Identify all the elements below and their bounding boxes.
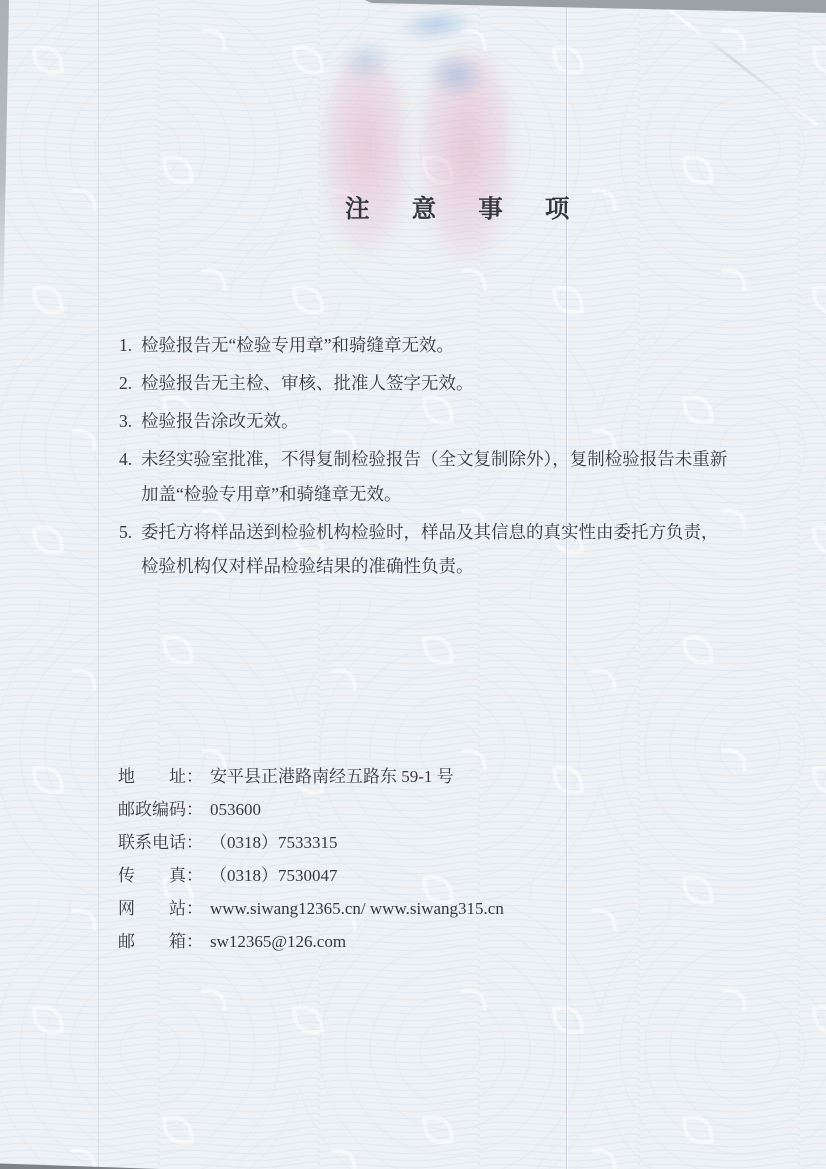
notice-item-number: 2. <box>119 366 141 401</box>
notice-item-number: 4. <box>119 442 141 511</box>
notice-item-1: 1. 检验报告无“检验专用章”和骑缝章无效。 <box>119 328 739 363</box>
contact-value: www.siwang12365.cn/ www.siwang315.cn <box>210 899 504 918</box>
contact-value: （0318）7530047 <box>210 866 338 885</box>
notice-item-number: 3. <box>119 404 141 439</box>
contact-row-website: 网 站：www.siwang12365.cn/ www.siwang315.cn <box>118 892 504 925</box>
contact-value: sw12365@126.com <box>210 932 346 951</box>
notice-item-text: 检验报告无主检、审核、批准人签字无效。 <box>141 366 739 401</box>
contact-row-address: 地 址：安平县正港路南经五路东 59-1 号 <box>118 760 504 793</box>
contact-value: （0318）7533315 <box>210 833 338 852</box>
contact-label: 邮 箱： <box>118 925 203 958</box>
notice-item-text: 委托方将样品送到检验机构检验时，样品及其信息的真实性由委托方负责，检验机构仅对样… <box>141 515 731 584</box>
contact-label: 联系电话： <box>118 826 203 859</box>
contact-label: 邮政编码： <box>118 793 203 826</box>
contact-value: 053600 <box>210 800 261 819</box>
contact-row-phone: 联系电话：（0318）7533315 <box>118 826 504 859</box>
contact-value: 安平县正港路南经五路东 59-1 号 <box>210 767 454 786</box>
fold-crease-line-left <box>98 0 99 1169</box>
paper-sheet: 注 意 事 项 1. 检验报告无“检验专用章”和骑缝章无效。 2. 检验报告无主… <box>0 0 826 1169</box>
contact-row-fax: 传 真：（0318）7530047 <box>118 859 504 892</box>
contact-row-postcode: 邮政编码：053600 <box>118 793 504 826</box>
notice-item-5: 5. 委托方将样品送到检验机构检验时，样品及其信息的真实性由委托方负责，检验机构… <box>119 515 739 584</box>
notice-item-4: 4. 未经实验室批准，不得复制检验报告（全文复制除外），复制检验报告未重新加盖“… <box>119 442 739 511</box>
notice-item-text: 检验报告无“检验专用章”和骑缝章无效。 <box>141 328 739 363</box>
contact-label: 地 址： <box>118 760 203 793</box>
page-title: 注 意 事 项 <box>345 190 587 225</box>
contact-label: 网 站： <box>118 892 203 925</box>
notice-item-text: 检验报告涂改无效。 <box>141 404 739 439</box>
notice-item-number: 1. <box>119 328 141 363</box>
contact-label: 传 真： <box>118 859 203 892</box>
contact-block: 地 址：安平县正港路南经五路东 59-1 号 邮政编码：053600 联系电话：… <box>118 760 504 958</box>
notice-item-3: 3. 检验报告涂改无效。 <box>119 404 739 439</box>
contact-row-email: 邮 箱：sw12365@126.com <box>118 925 504 958</box>
notice-item-2: 2. 检验报告无主检、审核、批准人签字无效。 <box>119 366 739 401</box>
notice-item-text: 未经实验室批准，不得复制检验报告（全文复制除外），复制检验报告未重新加盖“检验专… <box>141 442 738 511</box>
notice-list: 1. 检验报告无“检验专用章”和骑缝章无效。 2. 检验报告无主检、审核、批准人… <box>119 328 739 587</box>
notice-item-number: 5. <box>119 515 141 584</box>
scanned-document: 注 意 事 项 1. 检验报告无“检验专用章”和骑缝章无效。 2. 检验报告无主… <box>0 0 826 1169</box>
